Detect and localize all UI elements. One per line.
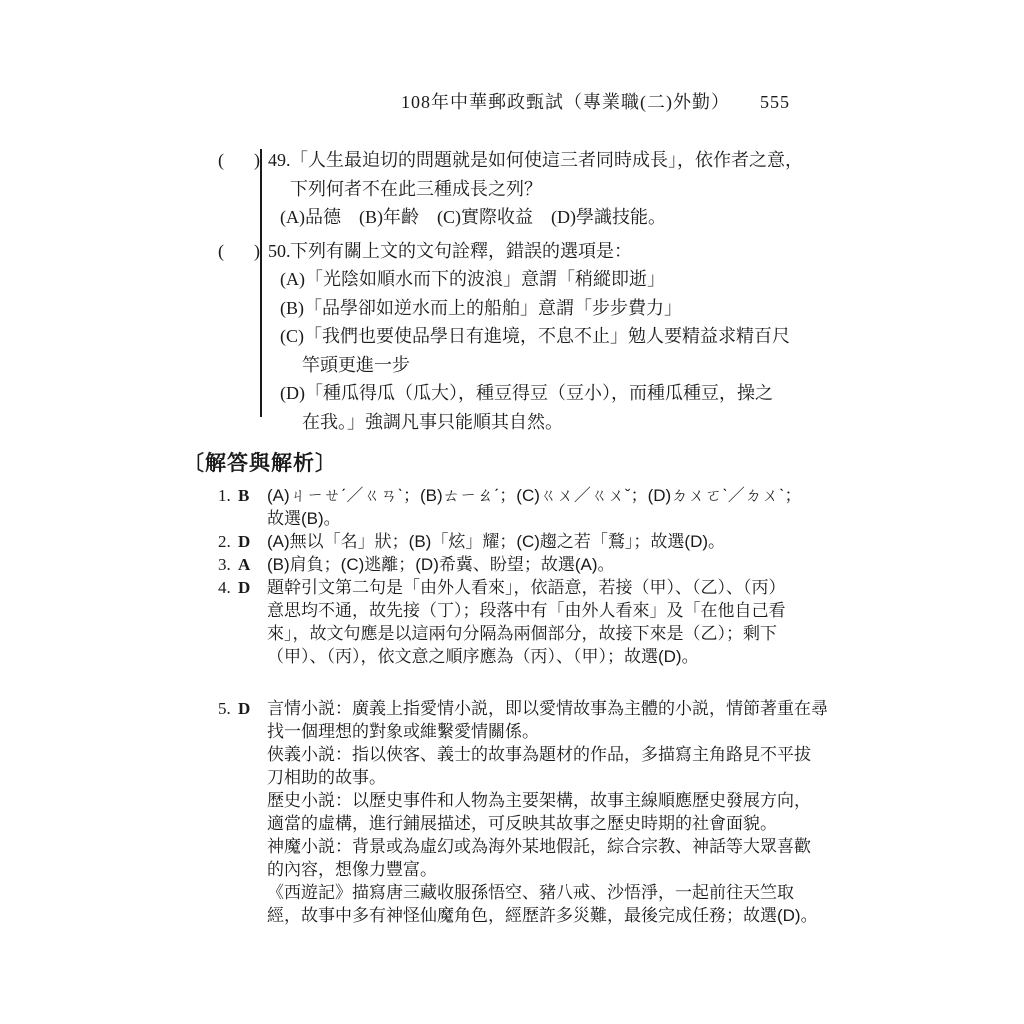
solution-line: 《西遊記》描寫唐三藏收服孫悟空、豬八戒、沙悟淨，一起前往天竺取 <box>267 881 878 904</box>
solution-line: 歷史小説：以歷史事件和人物為主要架構，故事主線順應歷史發展方向， <box>267 789 878 812</box>
solution-line: 刀相助的故事。 <box>267 766 878 789</box>
solution-line: (A)無以「名」狀；(B)「炫」耀；(C)趨之若「鶩」；故選(D)。 <box>267 530 878 553</box>
solution-body: (A)ㄐㄧㄝˊ／ㄍㄢˋ；(B)ㄊㄧㄠˊ；(C)ㄍㄨ／ㄍㄨˇ；(D)ㄉㄨㄛˋ／ㄉㄨ… <box>267 484 878 530</box>
solution-body: 題幹引文第二句是「由外人看來」，依語意，若接（甲）、（乙）、（丙） 意思均不通，… <box>267 576 878 668</box>
solution-item-2: 2. D (A)無以「名」狀；(B)「炫」耀；(C)趨之若「鶩」；故選(D)。 <box>218 530 878 553</box>
solution-line: 的內容，想像力豐富。 <box>267 858 878 881</box>
solution-item-3: 3. A (B)肩負；(C)逃離；(D)希冀、盼望；故選(A)。 <box>218 553 878 576</box>
solution-line: （甲）、（丙），依文意之順序應為（丙）、（甲）；故選(D)。 <box>267 645 878 668</box>
question-line: 下列何者不在此三種成長之列？ <box>268 175 858 204</box>
solution-line: 題幹引文第二句是「由外人看來」，依語意，若接（甲）、（乙）、（丙） <box>267 576 878 599</box>
solution-answer-letter: D <box>238 697 267 720</box>
question-line: 49.「人生最迫切的問題就是如何使這三者同時成長」，依作者之意， <box>268 146 858 175</box>
solution-number: 4. <box>218 576 238 599</box>
page-header: 108年中華郵政甄試（專業職(二)外勤） 555 <box>401 88 790 114</box>
question-text: 下列有關上文的文句詮釋，錯誤的選項是： <box>290 241 632 261</box>
solution-body: 言情小説：廣義上指愛情小説，即以愛情故事為主體的小説，情節著重在尋 找一個理想的… <box>267 697 878 927</box>
solution-body: (B)肩負；(C)逃離；(D)希冀、盼望；故選(A)。 <box>267 553 878 576</box>
solution-line: 神魔小説：背景或為虛幻或為海外某地假託，綜合宗教、神話等大眾喜歡 <box>267 835 878 858</box>
solution-item-1: 1. B (A)ㄐㄧㄝˊ／ㄍㄢˋ；(B)ㄊㄧㄠˊ；(C)ㄍㄨ／ㄍㄨˇ；(D)ㄉㄨ… <box>218 484 878 530</box>
question-number: 50. <box>268 237 290 266</box>
solution-answer-letter: A <box>238 553 267 576</box>
solution-line: 找一個理想的對象或維繫愛情關係。 <box>267 720 878 743</box>
question-line: 50.下列有關上文的文句詮釋，錯誤的選項是： <box>268 237 858 266</box>
solution-number: 5. <box>218 697 238 720</box>
question-options-line: (A)品德 (B)年齡 (C)實際收益 (D)學識技能。 <box>268 203 858 232</box>
header-title: 108年中華郵政甄試（專業職(二)外勤） <box>401 88 730 114</box>
solution-line: 故選(B)。 <box>267 507 878 530</box>
solution-line: 言情小説：廣義上指愛情小説，即以愛情故事為主體的小説，情節著重在尋 <box>267 697 878 720</box>
question-body: 50.下列有關上文的文句詮釋，錯誤的選項是： (A)「光陰如順水而下的波浪」意謂… <box>268 237 858 437</box>
question-option-c: (C)「我們也要使品學日有進境，不息不止」勉人要精益求精百尺 <box>268 322 858 351</box>
solution-answer-letter: B <box>238 484 267 507</box>
solution-line: 適當的虛構，進行鋪展描述，可反映其故事之歷史時期的社會面貌。 <box>267 812 878 835</box>
question-item-50: ( ) 50.下列有關上文的文句詮釋，錯誤的選項是： (A)「光陰如順水而下的波… <box>218 237 858 437</box>
questions-section: ( ) 49.「人生最迫切的問題就是如何使這三者同時成長」，依作者之意， 下列何… <box>218 146 858 441</box>
question-option-b: (B)「品學卻如逆水而上的船舶」意謂「步步費力」 <box>268 294 858 323</box>
exam-answer-page: 108年中華郵政甄試（專業職(二)外勤） 555 ( ) 49.「人生最迫切的問… <box>0 0 1024 1024</box>
solution-line: 意思均不通，故先接（丁）；段落中有「由外人看來」及「在他自己看 <box>267 599 878 622</box>
solution-item-5: 5. D 言情小説：廣義上指愛情小説，即以愛情故事為主體的小説，情節著重在尋 找… <box>218 697 878 927</box>
question-option-d: (D)「種瓜得瓜（瓜大），種豆得豆（豆小），而種瓜種豆，操之 <box>268 379 858 408</box>
solution-body: (A)無以「名」狀；(B)「炫」耀；(C)趨之若「鶩」；故選(D)。 <box>267 530 878 553</box>
question-option-d-cont: 在我。」強調凡事只能順其自然。 <box>268 408 858 437</box>
solution-line: 經，故事中多有神怪仙魔角色，經歷許多災難，最後完成任務；故選(D)。 <box>267 904 878 927</box>
solution-number: 3. <box>218 553 238 576</box>
solution-line: 俠義小説：指以俠客、義士的故事為題材的作品，多描寫主角路見不平拔 <box>267 743 878 766</box>
vertical-divider <box>260 149 262 417</box>
solution-line: (A)ㄐㄧㄝˊ／ㄍㄢˋ；(B)ㄊㄧㄠˊ；(C)ㄍㄨ／ㄍㄨˇ；(D)ㄉㄨㄛˋ／ㄉㄨ… <box>267 484 878 507</box>
solution-answer-letter: D <box>238 576 267 599</box>
solution-line: 來」，故文句應是以這兩句分隔為兩個部分，故接下來是（乙）；剩下 <box>267 622 878 645</box>
solution-line: (B)肩負；(C)逃離；(D)希冀、盼望；故選(A)。 <box>267 553 878 576</box>
question-option-c-cont: 竿頭更進一步 <box>268 351 858 380</box>
solutions-section: 1. B (A)ㄐㄧㄝˊ／ㄍㄢˋ；(B)ㄊㄧㄠˊ；(C)ㄍㄨ／ㄍㄨˇ；(D)ㄉㄨ… <box>218 484 878 927</box>
question-text: 「人生最迫切的問題就是如何使這三者同時成長」，依作者之意， <box>290 150 803 170</box>
section-title: 〔解答與解析〕 <box>183 447 337 477</box>
solution-number: 1. <box>218 484 238 507</box>
solution-answer-letter: D <box>238 530 267 553</box>
question-body: 49.「人生最迫切的問題就是如何使這三者同時成長」，依作者之意， 下列何者不在此… <box>268 146 858 232</box>
solution-number: 2. <box>218 530 238 553</box>
solution-item-4: 4. D 題幹引文第二句是「由外人看來」，依語意，若接（甲）、（乙）、（丙） 意… <box>218 576 878 668</box>
page-number: 555 <box>760 92 790 113</box>
question-number: 49. <box>268 146 290 175</box>
question-option-a: (A)「光陰如順水而下的波浪」意謂「稍縱即逝」 <box>268 265 858 294</box>
question-item-49: ( ) 49.「人生最迫切的問題就是如何使這三者同時成長」，依作者之意， 下列何… <box>218 146 858 232</box>
